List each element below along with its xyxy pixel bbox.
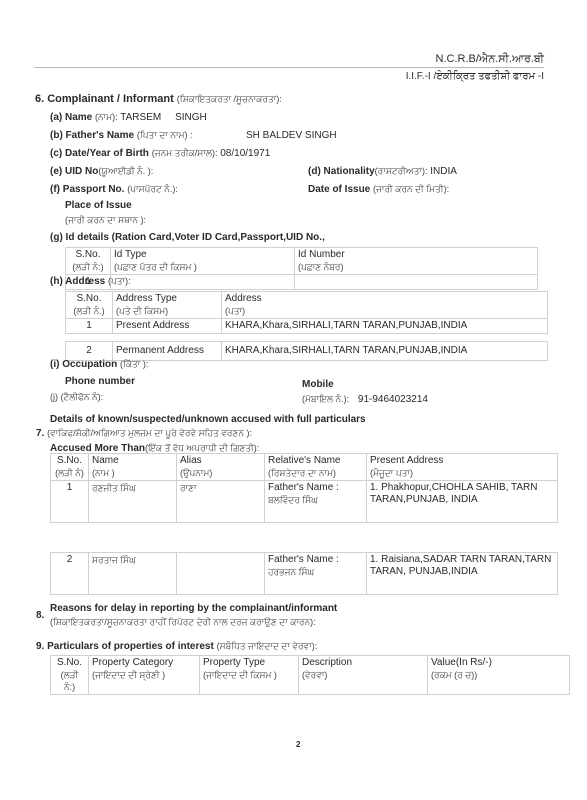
place-of-issue-label: Place of Issue (65, 200, 132, 211)
address-table: S.No.(ਲੜੀ ਨੰ.) Address Type(ਪਤੇ ਦੀ ਕਿਸਮ)… (65, 291, 548, 334)
section-6-title: 6. Complainant / Informant (ਸ਼ਿਕਾਇਤਕਰਤਾ … (35, 93, 282, 105)
properties-table: S.No.(ਲੜੀ ਨੰ:) Property Category(ਜਾਇਦਾਦ … (50, 655, 570, 695)
section-8-num: 8. (36, 610, 44, 621)
date-of-issue-row: Date of Issue (ਜਾਰੀ ਕਰਨ ਦੀ ਮਿਤੀ): (308, 184, 449, 195)
ncrb-label: N.C.R.B/ਐਨ.ਸੀ.ਆਰ.ਬੀ (436, 53, 544, 66)
table-row: 1 Present Address KHARA,Khara,SIRHALI,TA… (66, 319, 548, 334)
section-7-title-pa: 7. (ਵਾਕਿਫ/ਸ਼ੱਕੀ/ਅਗਿਆਤ ਮੁਲਜ਼ਮ ਦਾ ਪੂਰੇ ਵੇਰ… (36, 428, 252, 439)
table-header-row: S.No.(ਲੜੀ ਨੰ) Name(ਨਾਮ ) Alias(ਉਪਨਾਮ) Re… (51, 454, 558, 481)
nationality-row: (d) Nationality(ਰਾਸ਼ਟਰੀਅਤਾ): INDIA (308, 166, 457, 177)
header-divider (34, 67, 544, 68)
address-table-2: 2 Permanent Address KHARA,Khara,SIRHALI,… (65, 341, 548, 361)
table-row: 1 (66, 275, 538, 290)
mobile-label: Mobile (302, 379, 334, 390)
place-of-issue-pa: (ਜਾਰੀ ਕਰਨ ਦਾ ਸਥਾਨ ): (65, 215, 146, 226)
table-row: 2 Permanent Address KHARA,Khara,SIRHALI,… (66, 342, 548, 361)
section-9-title-row: 9. Particulars of properties of interest… (36, 641, 317, 652)
id-details-table: S.No.(ਲੜੀ ਨੰ:) Id Type(ਪਛਾਣ ਪੱਤਰ ਦੀ ਕਿਸਮ… (65, 247, 538, 290)
complainant-name-value: TARSEM SINGH (120, 112, 207, 123)
accused-table-2: 2 ਸਰਤਾਜ ਸਿੰਘ Father's Name : ਹਰਭਜਨ ਸਿੰਘ … (50, 552, 558, 595)
father-name-value: SH BALDEV SINGH (246, 130, 337, 141)
phone-label: Phone number (65, 376, 135, 387)
table-header-row: S.No.(ਲੜੀ ਨੰ:) Property Category(ਜਾਇਦਾਦ … (51, 656, 570, 695)
dob-row: (c) Date/Year of Birth (ਜਨਮ ਤਰੀਕ/ਸਾਲ): 0… (50, 148, 270, 159)
form-label: I.I.F.-I /ਏਕੀਕ੍ਰਿਤ ਤਫਤੀਸ਼ੀ ਫਾਰਮ -I (406, 71, 544, 82)
section-8-title-pa: (ਸ਼ਿਕਾਇਤਕਰਤਾ/ਸੂਚਨਾਕਰਤਾ ਰਾਹੀਂ ਰਿਪੋਰਟ ਦੇਰੀ… (50, 617, 316, 628)
uid-row: (e) UID No(ਯੂਆਈਡੀ ਨੰ. ): (50, 166, 153, 177)
table-row: 2 ਸਰਤਾਜ ਸਿੰਘ Father's Name : ਹਰਭਜਨ ਸਿੰਘ … (51, 553, 558, 595)
phone-pa: (j) (ਟੈਲੀਫੋਨ ਨੰ): (50, 392, 103, 403)
mobile-value: 91-9464023214 (358, 394, 428, 405)
table-header-row: S.No.(ਲੜੀ ਨੰ:) Id Type(ਪਛਾਣ ਪੱਤਰ ਦੀ ਕਿਸਮ… (66, 248, 538, 275)
occupation-row: (i) Occupation (ਕਿੱਤਾ ): (50, 359, 148, 370)
nationality-value: INDIA (430, 166, 457, 177)
table-row: 1 ਰਣਜੀਤ ਸਿੰਘ ਰਾਣਾ Father's Name : ਬਲਵਿੰਦ… (51, 481, 558, 523)
dob-value: 08/10/1971 (220, 148, 270, 159)
section-7-title: Details of known/suspected/unknown accus… (50, 414, 366, 425)
accused-table: S.No.(ਲੜੀ ਨੰ) Name(ਨਾਮ ) Alias(ਉਪਨਾਮ) Re… (50, 453, 558, 523)
page-number: 2 (296, 740, 300, 749)
passport-row: (f) Passport No. (ਪਾਸਪੋਰਟ ਨੰ.): (50, 184, 178, 195)
father-name-row: (b) Father's Name (ਪਿਤਾ ਦਾ ਨਾਮ) : (50, 130, 193, 141)
table-header-row: S.No.(ਲੜੀ ਨੰ.) Address Type(ਪਤੇ ਦੀ ਕਿਸਮ)… (66, 292, 548, 319)
section-8-title: Reasons for delay in reporting by the co… (50, 603, 337, 614)
mobile-row: (ਮੋਬਾਇਲ ਨੰ.): 91-9464023214 (302, 394, 428, 405)
id-details-label: (g) Id details (Ration Card,Voter ID Car… (50, 232, 325, 243)
complainant-name-row: (a) Name (ਨਾਮ): TARSEM SINGH (50, 112, 207, 123)
address-label-row: (h) Address (ਪਤਾ): (50, 276, 131, 287)
